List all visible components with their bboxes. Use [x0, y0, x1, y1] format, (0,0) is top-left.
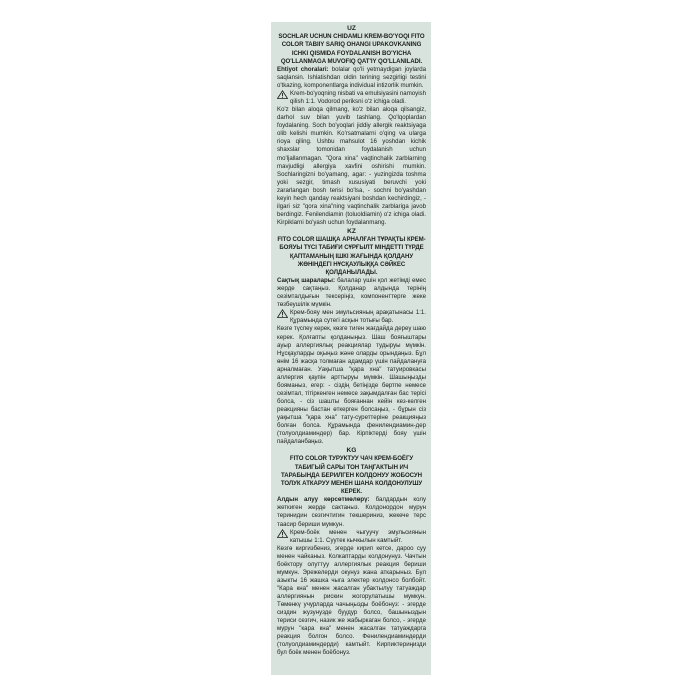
precautions-paragraph: Алдын алуу көрсөтмөлөрү: балдардын колу … — [277, 496, 426, 528]
warning-text: Крем-бояу мен эмульсияның арақатынасы 1:… — [290, 309, 426, 325]
section-title: FITO COLOR ШАШҚА АРНАЛҒАН ТҰРАҚТЫ КРЕМ-Б… — [277, 236, 426, 277]
section-title: SOCHLAR UCHUN CHIDAMLI KREM-BO'YOQI FITO… — [277, 33, 426, 66]
body-text: Ko'z bilan aloqa qilmang, ko'z bilan alo… — [277, 106, 426, 227]
warning-triangle-icon — [277, 90, 288, 99]
section-code: KG — [277, 447, 426, 455]
precautions-label: Сақтық шаралары: — [277, 277, 335, 284]
body-text: Көзгө киргизбениз, эгерде кирип кетсе, д… — [277, 545, 426, 658]
precautions-paragraph: Ehtiyot choralari: bolalar qo'li yetmayd… — [277, 66, 426, 90]
warning-block: Krem-bo'yoqning nisbati va emulsiyasini … — [277, 90, 426, 106]
warning-text: Крем-боёк менен чыгуучу эмульсиянын каты… — [290, 529, 426, 545]
instruction-label-panel: UZ SOCHLAR UCHUN CHIDAMLI KREM-BO'YOQI F… — [271, 22, 431, 675]
warning-block: Крем-боёк менен чыгуучу эмульсиянын каты… — [277, 529, 426, 545]
warning-triangle-icon — [277, 309, 288, 318]
section-title: FITO COLOR ТУРУКТУУ ЧАЧ КРЕМ-БОЁГУ ТАБИГ… — [277, 455, 426, 496]
section-code: UZ — [277, 25, 426, 33]
section-uz: UZ SOCHLAR UCHUN CHIDAMLI KREM-BO'YOQI F… — [277, 25, 426, 227]
warning-triangle-icon — [277, 529, 288, 538]
warning-block: Крем-бояу мен эмульсияның арақатынасы 1:… — [277, 309, 426, 325]
precautions-label: Алдын алуу көрсөтмөлөрү: — [277, 496, 370, 503]
precautions-paragraph: Сақтық шаралары: балалар үшін қол жетімд… — [277, 277, 426, 309]
precautions-label: Ehtiyot choralari: — [277, 66, 329, 73]
warning-text: Krem-bo'yoqning nisbati va emulsiyasini … — [290, 90, 426, 106]
section-kg: KG FITO COLOR ТУРУКТУУ ЧАЧ КРЕМ-БОЁГУ ТА… — [277, 447, 426, 657]
section-code: KZ — [277, 228, 426, 236]
body-text: Көзге түспеу керек, көзге тиген жағдайда… — [277, 325, 426, 446]
section-kz: KZ FITO COLOR ШАШҚА АРНАЛҒАН ТҰРАҚТЫ КРЕ… — [277, 228, 426, 446]
